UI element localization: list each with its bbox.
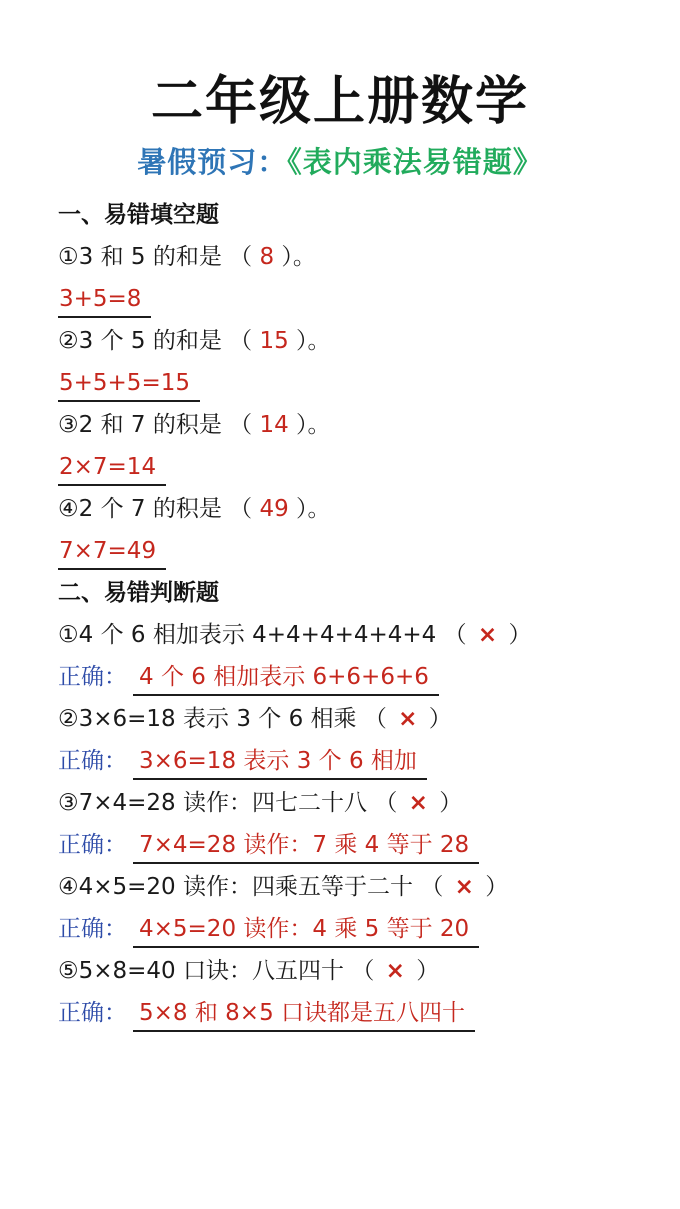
answer-value: 49 [259, 496, 288, 522]
correct-label: 正确： [58, 1000, 127, 1026]
correction-text: 3×6=18 表示 3 个 6 相加 [133, 747, 427, 780]
question-text: ③2 和 7 的积是 （ [58, 412, 259, 438]
question-text-after: ）。 [274, 244, 316, 270]
fill-solution-1: 3+5=8 [58, 278, 644, 320]
correct-label: 正确： [58, 916, 127, 942]
fill-solution-2: 5+5+5=15 [58, 362, 644, 404]
judge-correction-5: 正确：5×8 和 8×5 口诀都是五八四十 [58, 992, 644, 1034]
statement-text: ④4×5=20 读作：四乘五等于二十 （ [58, 874, 451, 900]
statement-text-after: ） [501, 622, 531, 648]
subtitle-prefix: 暑假预习： [137, 145, 287, 179]
page-subtitle: 暑假预习：《表内乘法易错题》 [0, 142, 680, 182]
statement-text: ①4 个 6 相加表示 4+4+4+4+4+4 （ [58, 622, 474, 648]
cross-mark: × [474, 622, 501, 648]
solution-text: 5+5+5=15 [58, 369, 200, 402]
fill-question-1: ①3 和 5 的和是 （ 8 ）。 [58, 236, 644, 278]
cross-mark: × [382, 958, 409, 984]
fill-solution-3: 2×7=14 [58, 446, 644, 488]
statement-text: ③7×4=28 读作：四七二十八 （ [58, 790, 405, 816]
correct-label: 正确： [58, 832, 127, 858]
question-text: ②3 个 5 的和是 （ [58, 328, 259, 354]
worksheet-page: 二年级上册数学 暑假预习：《表内乘法易错题》 一、易错填空题 ①3 和 5 的和… [0, 0, 680, 1034]
fill-solution-4: 7×7=49 [58, 530, 644, 572]
judge-correction-1: 正确：4 个 6 相加表示 6+6+6+6 [58, 656, 644, 698]
cross-mark: × [451, 874, 478, 900]
statement-text-after: ） [432, 790, 462, 816]
solution-text: 2×7=14 [58, 453, 166, 486]
section2-heading: 二、易错判断题 [58, 572, 644, 614]
correction-text: 4×5=20 读作：4 乘 5 等于 20 [133, 915, 479, 948]
solution-text: 7×7=49 [58, 537, 166, 570]
answer-value: 14 [259, 412, 288, 438]
fill-question-3: ③2 和 7 的积是 （ 14 ）。 [58, 404, 644, 446]
cross-mark: × [394, 706, 421, 732]
page-title: 二年级上册数学 [0, 70, 680, 134]
question-text: ①3 和 5 的和是 （ [58, 244, 259, 270]
answer-value: 8 [259, 244, 274, 270]
judge-question-2: ②3×6=18 表示 3 个 6 相乘 （ × ） [58, 698, 644, 740]
statement-text-after: ） [409, 958, 439, 984]
statement-text: ⑤5×8=40 口诀：八五四十 （ [58, 958, 382, 984]
fill-question-4: ④2 个 7 的积是 （ 49 ）。 [58, 488, 644, 530]
judge-question-1: ①4 个 6 相加表示 4+4+4+4+4+4 （ × ） [58, 614, 644, 656]
question-text-after: ）。 [289, 496, 331, 522]
correction-text: 5×8 和 8×5 口诀都是五八四十 [133, 999, 475, 1032]
worksheet-content: 一、易错填空题 ①3 和 5 的和是 （ 8 ）。 3+5=8 ②3 个 5 的… [58, 194, 644, 1034]
fill-question-2: ②3 个 5 的和是 （ 15 ）。 [58, 320, 644, 362]
correction-text: 4 个 6 相加表示 6+6+6+6 [133, 663, 439, 696]
cross-mark: × [405, 790, 432, 816]
solution-text: 3+5=8 [58, 285, 151, 318]
subtitle-book-title: 《表内乘法易错题》 [287, 145, 543, 179]
section1-heading: 一、易错填空题 [58, 194, 644, 236]
judge-correction-4: 正确：4×5=20 读作：4 乘 5 等于 20 [58, 908, 644, 950]
judge-question-5: ⑤5×8=40 口诀：八五四十 （ × ） [58, 950, 644, 992]
judge-correction-2: 正确：3×6=18 表示 3 个 6 相加 [58, 740, 644, 782]
judge-question-3: ③7×4=28 读作：四七二十八 （ × ） [58, 782, 644, 824]
answer-value: 15 [259, 328, 288, 354]
correction-text: 7×4=28 读作：7 乘 4 等于 28 [133, 831, 479, 864]
statement-text: ②3×6=18 表示 3 个 6 相乘 （ [58, 706, 394, 732]
statement-text-after: ） [421, 706, 451, 732]
statement-text-after: ） [478, 874, 508, 900]
judge-correction-3: 正确：7×4=28 读作：7 乘 4 等于 28 [58, 824, 644, 866]
correct-label: 正确： [58, 664, 127, 690]
judge-question-4: ④4×5=20 读作：四乘五等于二十 （ × ） [58, 866, 644, 908]
question-text: ④2 个 7 的积是 （ [58, 496, 259, 522]
correct-label: 正确： [58, 748, 127, 774]
question-text-after: ）。 [289, 328, 331, 354]
question-text-after: ）。 [289, 412, 331, 438]
